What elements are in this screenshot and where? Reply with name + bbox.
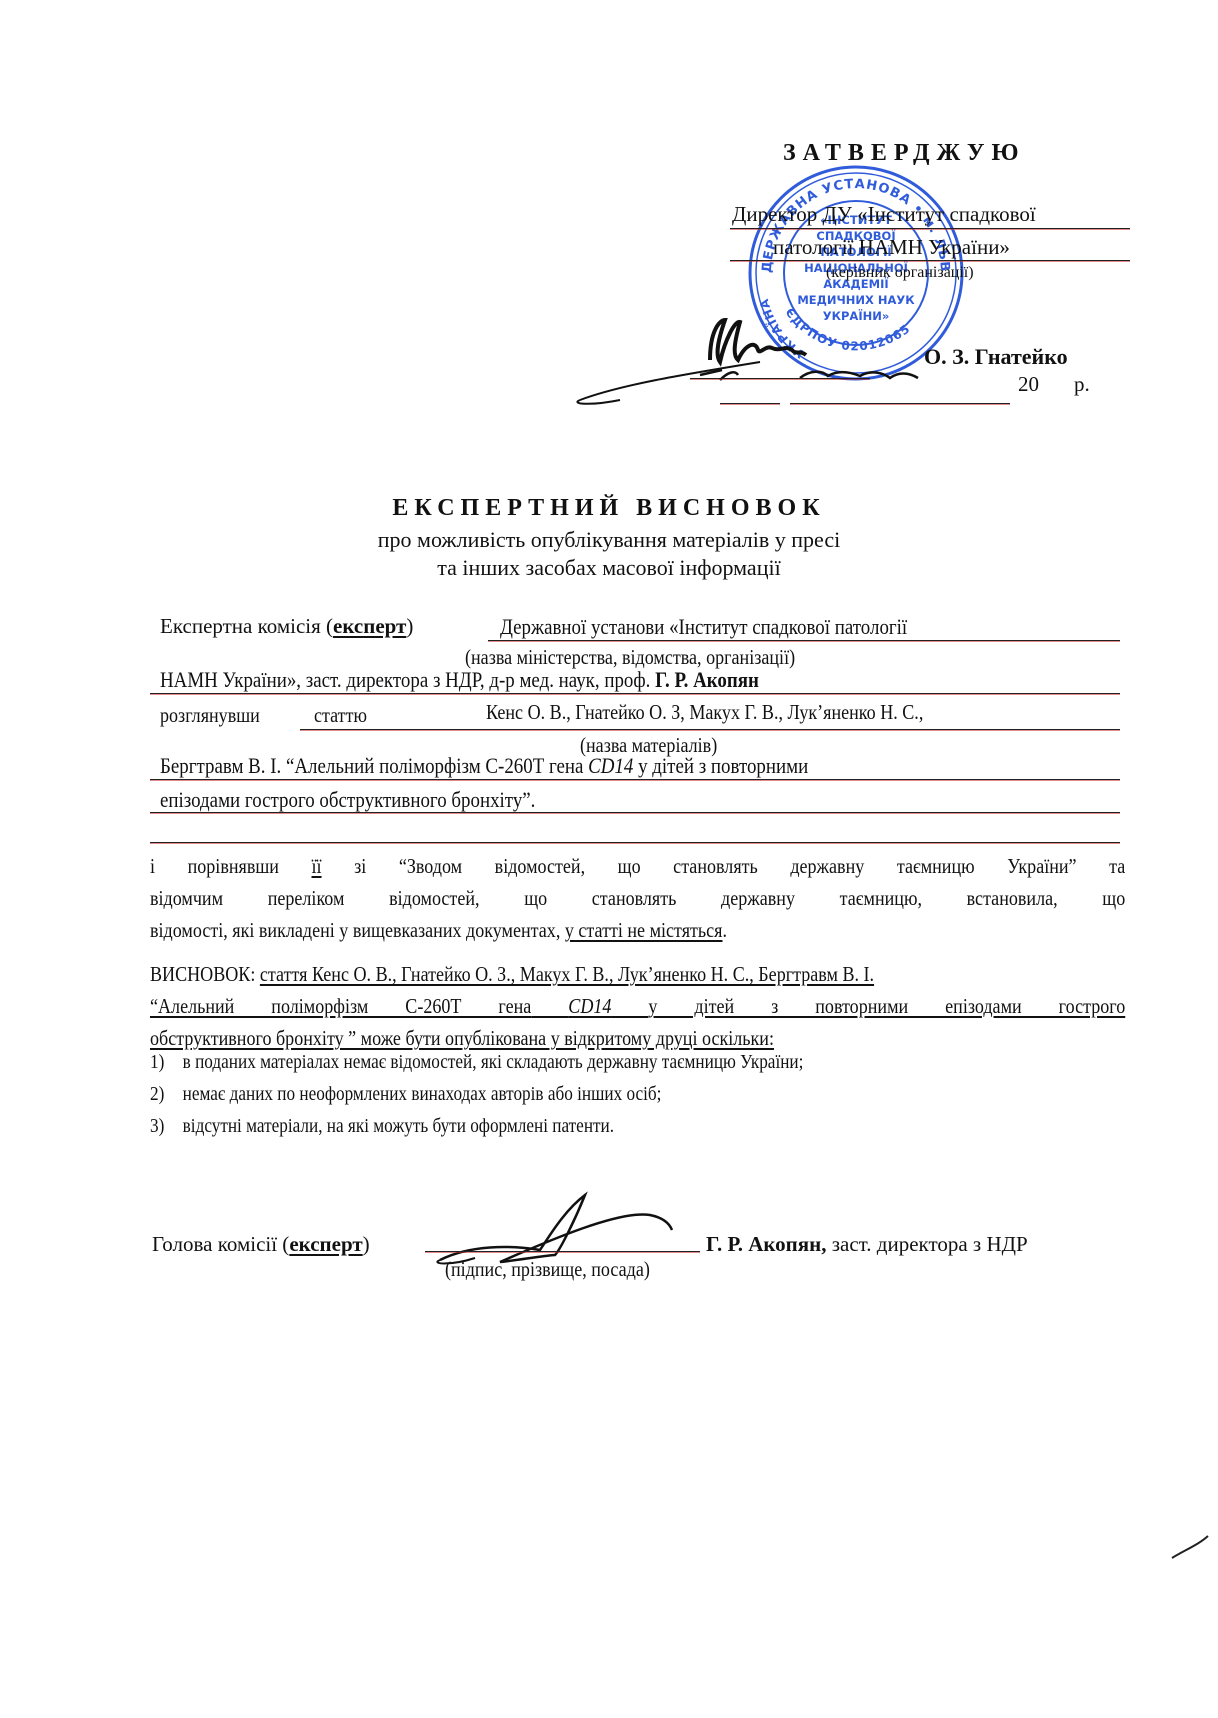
- chair-position: заст. директора з НДР: [832, 1232, 1028, 1256]
- document-subtitle-line2: та інших засобах масової інформації: [0, 555, 1218, 581]
- organization-line2-text: НАМН України», заст. директора з НДР, д-…: [160, 667, 650, 692]
- comparison-line2: відомчим переліком відомостей, що станов…: [150, 882, 1125, 914]
- article-title-line1: Бергтравм В. І. “Алельний поліморфізм С-…: [160, 753, 808, 779]
- gene-name: CD14: [568, 994, 611, 1018]
- underline: [730, 260, 1130, 261]
- date-month-underline: [790, 403, 1010, 404]
- chair-name: Г. Р. Акопян,: [706, 1232, 827, 1256]
- chair-label-text: Голова комісії (: [152, 1232, 289, 1256]
- reviewed-type: статтю: [314, 703, 367, 728]
- chair-label: Голова комісії (експерт): [152, 1232, 370, 1257]
- comparison-pronoun: її: [312, 854, 322, 878]
- comparison-paragraph: і порівнявши її зі “Зводом відомостей, щ…: [150, 850, 1125, 946]
- reason-text: в поданих матеріалах немає відомостей, я…: [183, 1051, 804, 1073]
- conclusion-line2-text: “Алельний поліморфізм С-260Т гена: [150, 994, 531, 1018]
- gene-name: CD14: [588, 753, 633, 778]
- commission-label-bold: експерт: [333, 614, 406, 638]
- scan-mark-icon: [1170, 1530, 1215, 1570]
- comparison-end: .: [722, 918, 727, 942]
- underline: [488, 640, 1120, 641]
- article-title-text-end: у дітей з повторними: [638, 753, 808, 778]
- organization-line2: НАМН України», заст. директора з НДР, д-…: [160, 667, 759, 693]
- commission-label: Експертна комісія (експерт): [160, 614, 413, 639]
- date-year-suffix: р.: [1074, 372, 1090, 397]
- conclusion-line2: “Алельний поліморфізм С-260Т гена CD14 у…: [150, 990, 1125, 1022]
- reviewed-label: розглянувши: [160, 703, 260, 728]
- underline: [150, 693, 1120, 694]
- approver-name: О. З. Гнатейко: [924, 344, 1068, 370]
- chair-label-bold: експерт: [289, 1232, 362, 1256]
- organization-line1: Державної установи «Інститут спадкової п…: [500, 614, 907, 640]
- signature-hint: (підпис, прізвище, посада): [445, 1257, 650, 1282]
- expert-name: Г. Р. Акопян: [655, 667, 759, 692]
- comparison-line3: відомості, які викладені у вищевказаних …: [150, 914, 1125, 946]
- date-year-prefix: 20: [1018, 372, 1039, 397]
- comparison-prefix: і порівнявши: [150, 854, 279, 878]
- comparison-finding: у статті не містяться: [565, 918, 723, 942]
- approver-position-line2: патології НАМН України»: [773, 235, 1010, 260]
- underline: [730, 228, 1130, 229]
- conclusion-line1: ВИСНОВОК: стаття Кенс О. В., Гнатейко О.…: [150, 958, 1125, 990]
- conclusion-text: стаття Кенс О. В., Гнатейко О. З., Макух…: [260, 962, 874, 986]
- reason-number: 1): [150, 1051, 183, 1074]
- reason-item: 1)в поданих матеріалах немає відомостей,…: [150, 1051, 803, 1074]
- comparison-rest: зі “Зводом відомостей, що становлять дер…: [354, 854, 1125, 878]
- approver-position-hint: (керівник організації): [826, 264, 974, 282]
- reason-item: 2)немає даних по неоформлених винаходах …: [150, 1083, 661, 1106]
- commission-label-end: ): [406, 614, 413, 638]
- reason-text: немає даних по неоформлених винаходах ав…: [183, 1083, 662, 1105]
- reason-text: відсутні матеріали, на які можуть бути о…: [183, 1115, 614, 1137]
- conclusion-paragraph: ВИСНОВОК: стаття Кенс О. В., Гнатейко О.…: [150, 958, 1125, 1054]
- underline: [150, 779, 1120, 780]
- reason-item: 3)відсутні матеріали, на які можуть бути…: [150, 1115, 614, 1138]
- signature-underline: [425, 1251, 700, 1252]
- underline: [150, 842, 1120, 843]
- underline: [150, 812, 1120, 813]
- approver-position-line1: Директор ДУ «Інститут спадкової: [732, 202, 1036, 227]
- conclusion-line3: обструктивного бронхіту ” може бути опуб…: [150, 1022, 1125, 1054]
- article-title-line2: епізодами гострого обструктивного бронхі…: [160, 787, 535, 813]
- date-day-underline: [720, 403, 780, 404]
- chair-label-end: ): [363, 1232, 370, 1256]
- conclusion-label: ВИСНОВОК:: [150, 962, 255, 986]
- reason-number: 3): [150, 1115, 183, 1138]
- commission-label-text: Експертна комісія (: [160, 614, 333, 638]
- reason-number: 2): [150, 1083, 183, 1106]
- comparison-line1: і порівнявши її зі “Зводом відомостей, щ…: [150, 850, 1125, 882]
- conclusion-line2-end: у дітей з повторними епізодами гострого: [648, 994, 1125, 1018]
- signature-underline: [690, 378, 870, 379]
- article-title-text: Бергтравм В. І. “Алельний поліморфізм С-…: [160, 753, 583, 778]
- authors-line1: Кенс О. В., Гнатейко О. З, Макух Г. В., …: [486, 700, 923, 725]
- chair-name-line: Г. Р. Акопян, заст. директора з НДР: [706, 1232, 1028, 1257]
- comparison-line3-text: відомості, які викладені у вищевказаних …: [150, 918, 560, 942]
- document-title: ЕКСПЕРТНИЙ ВИСНОВОК: [0, 495, 1218, 522]
- underline: [300, 729, 1120, 730]
- document-subtitle-line1: про можливість опублікування матеріалів …: [0, 527, 1218, 553]
